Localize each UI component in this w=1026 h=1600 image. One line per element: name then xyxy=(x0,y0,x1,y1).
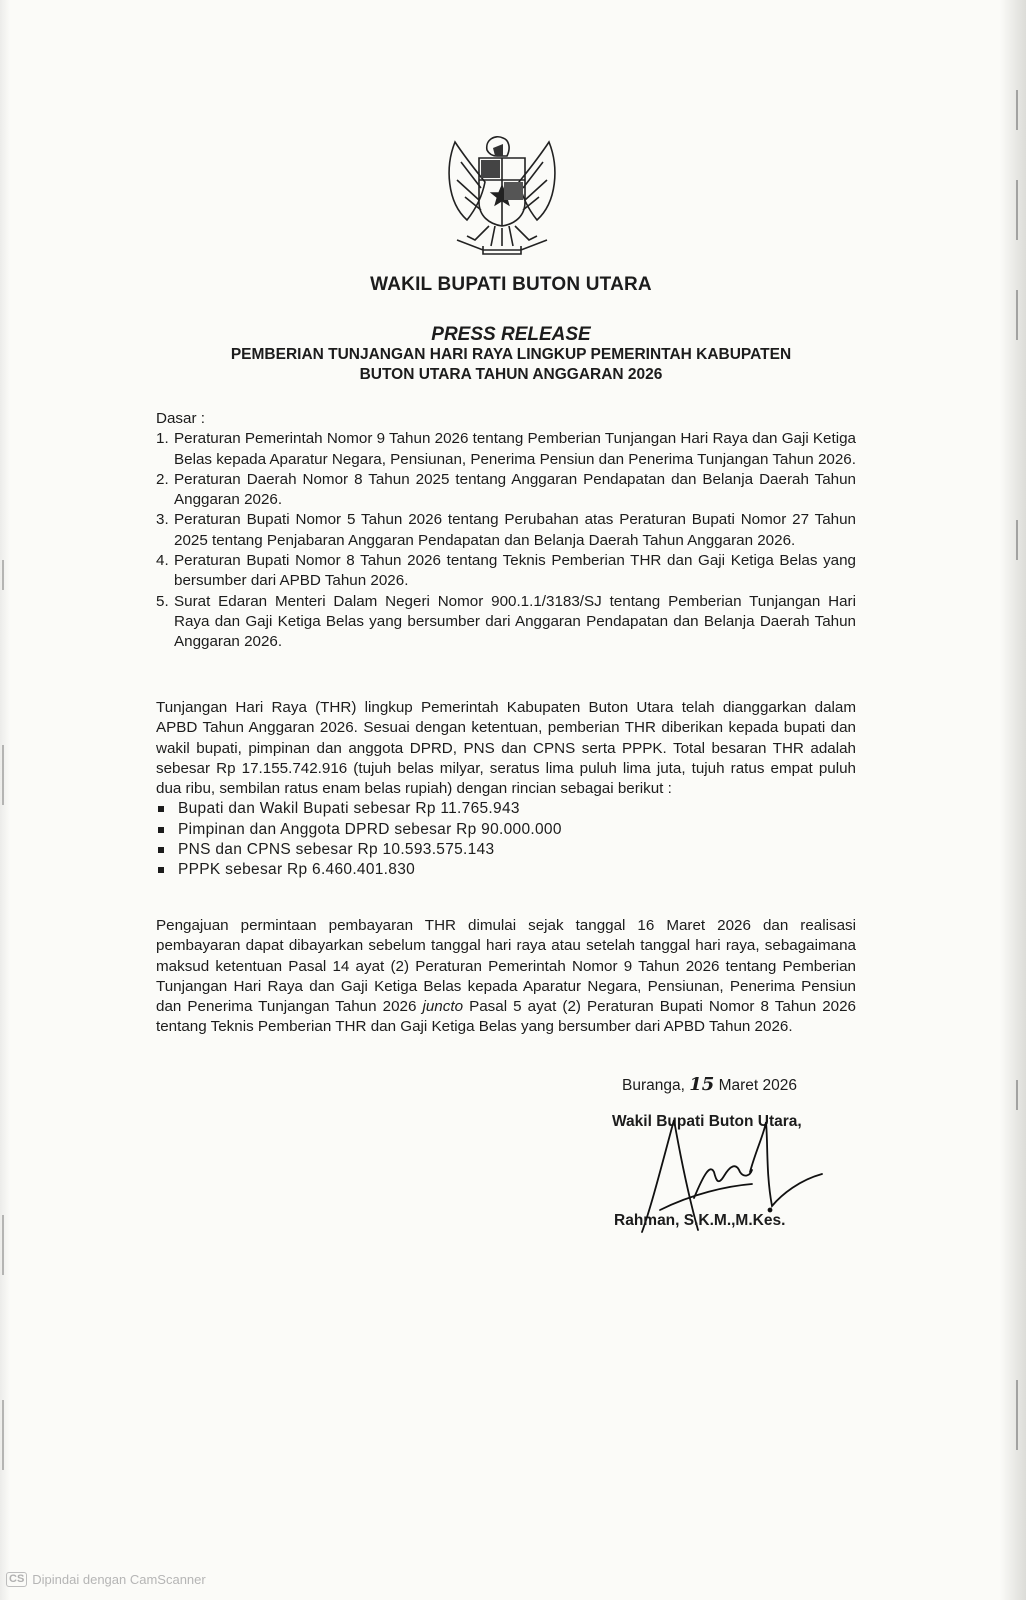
place-text: Buranga, xyxy=(622,1077,685,1094)
item-text: Surat Edaran Menteri Dalam Negeri Nomor … xyxy=(174,593,856,651)
breakdown-text: PPPK sebesar Rp 6.460.401.830 xyxy=(178,861,415,878)
issuer-title: WAKIL BUPATI BUTON UTARA xyxy=(156,274,866,296)
breakdown-text: Bupati dan Wakil Bupati sebesar Rp 11.76… xyxy=(178,800,520,817)
garuda-emblem-icon xyxy=(437,122,567,260)
bullet-icon xyxy=(158,827,164,833)
legal-basis-item: 3.Peraturan Bupati Nomor 5 Tahun 2026 te… xyxy=(174,510,856,551)
signer-name: Rahman, S.K.M.,M.Kes. xyxy=(614,1212,785,1230)
item-number: 5. xyxy=(156,592,169,612)
handwritten-day: 15 xyxy=(689,1074,714,1095)
breakdown-item: Bupati dan Wakil Bupati sebesar Rp 11.76… xyxy=(178,799,856,819)
breakdown-text: Pimpinan dan Anggota DPRD sebesar Rp 90.… xyxy=(178,821,562,838)
place-date: Buranga, 15 Maret 2026 xyxy=(622,1074,797,1095)
thr-breakdown-list: Bupati dan Wakil Bupati sebesar Rp 11.76… xyxy=(156,799,856,880)
press-release-heading: PRESS RELEASE xyxy=(156,324,866,346)
subject-heading: PEMBERIAN TUNJANGAN HARI RAYA LINGKUP PE… xyxy=(156,345,866,385)
legal-basis-label: Dasar : xyxy=(156,409,856,429)
legal-basis-item: 2.Peraturan Daerah Nomor 8 Tahun 2025 te… xyxy=(174,470,856,511)
item-text: Peraturan Bupati Nomor 8 Tahun 2026 tent… xyxy=(174,552,856,589)
subject-line-1: PEMBERIAN TUNJANGAN HARI RAYA LINGKUP PE… xyxy=(156,345,866,365)
thr-budget-paragraph: Tunjangan Hari Raya (THR) lingkup Pemeri… xyxy=(156,698,856,799)
legal-basis-item: 5.Surat Edaran Menteri Dalam Negeri Nomo… xyxy=(174,592,856,653)
breakdown-item: PPPK sebesar Rp 6.460.401.830 xyxy=(178,860,856,880)
payment-schedule-paragraph: Pengajuan permintaan pembayaran THR dimu… xyxy=(156,916,856,1038)
scanner-watermark: CS Dipindai dengan CamScanner xyxy=(6,1572,206,1587)
subject-line-2: BUTON UTARA TAHUN ANGGARAN 2026 xyxy=(156,365,866,385)
item-text: Peraturan Daerah Nomor 8 Tahun 2025 tent… xyxy=(174,471,856,508)
item-number: 3. xyxy=(156,510,169,530)
breakdown-item: Pimpinan dan Anggota DPRD sebesar Rp 90.… xyxy=(178,820,856,840)
legal-basis-item: 1.Peraturan Pemerintah Nomor 9 Tahun 202… xyxy=(174,429,856,470)
thr-budget-section: Tunjangan Hari Raya (THR) lingkup Pemeri… xyxy=(156,698,856,881)
legal-basis-list: 1.Peraturan Pemerintah Nomor 9 Tahun 202… xyxy=(156,429,856,652)
breakdown-text: PNS dan CPNS sebesar Rp 10.593.575.143 xyxy=(178,841,494,858)
bullet-icon xyxy=(158,806,164,812)
item-number: 1. xyxy=(156,429,169,449)
scan-right-edge xyxy=(1000,0,1026,1600)
month-year-text: Maret 2026 xyxy=(719,1077,797,1094)
item-number: 2. xyxy=(156,470,169,490)
paragraph-italic-term: juncto xyxy=(422,998,463,1015)
breakdown-item: PNS dan CPNS sebesar Rp 10.593.575.143 xyxy=(178,840,856,860)
bullet-icon xyxy=(158,847,164,853)
bullet-icon xyxy=(158,867,164,873)
camscanner-logo-icon: CS xyxy=(6,1572,27,1587)
item-number: 4. xyxy=(156,551,169,571)
item-text: Peraturan Pemerintah Nomor 9 Tahun 2026 … xyxy=(174,430,856,467)
item-text: Peraturan Bupati Nomor 5 Tahun 2026 tent… xyxy=(174,511,856,548)
legal-basis-section: Dasar : 1.Peraturan Pemerintah Nomor 9 T… xyxy=(156,409,856,653)
legal-basis-item: 4.Peraturan Bupati Nomor 8 Tahun 2026 te… xyxy=(174,551,856,592)
scan-left-edge xyxy=(0,0,10,1600)
watermark-text: Dipindai dengan CamScanner xyxy=(32,1572,205,1587)
